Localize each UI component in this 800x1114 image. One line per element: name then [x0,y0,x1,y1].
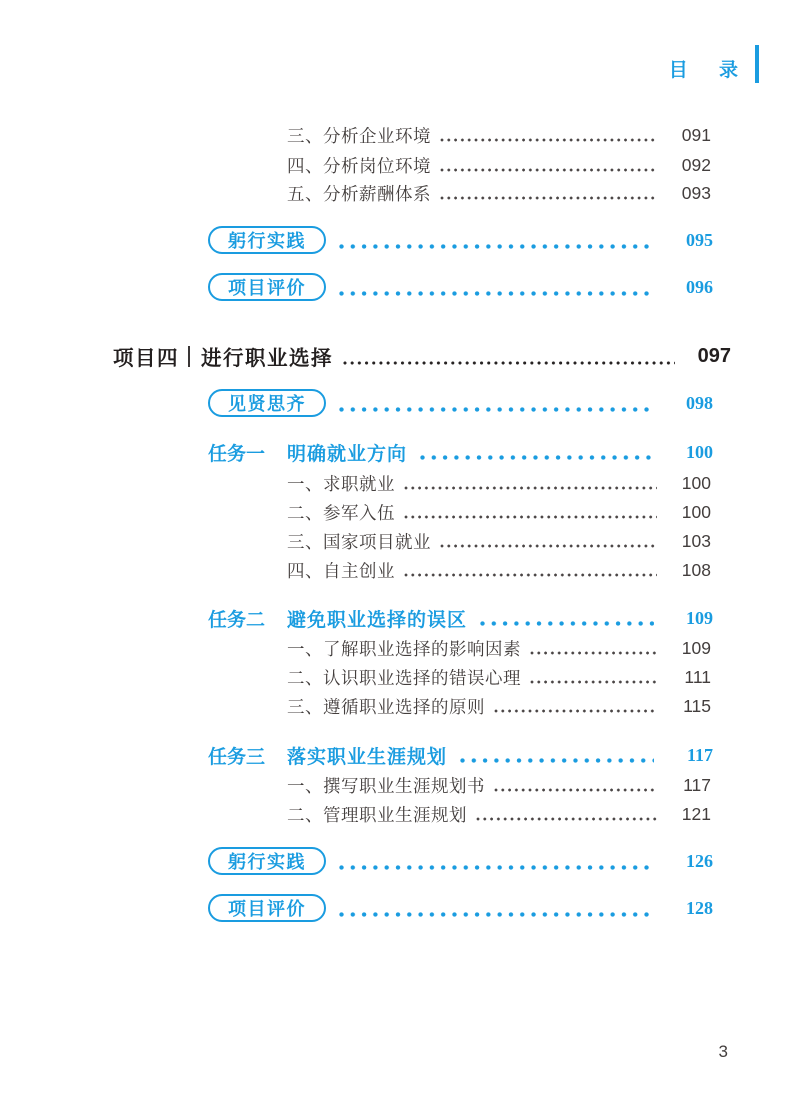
section-pill[interactable]: 项目评价 [208,273,326,301]
dot-leader [440,168,657,172]
page-number: 111 [667,667,711,688]
dot-leader [343,361,675,365]
dot-leader [339,865,654,870]
toc-entry-row[interactable]: 二、管理职业生涯规划 121 [113,801,705,827]
toc-entry-label: 二、管理职业生涯规划 [287,802,467,827]
dot-leader [404,515,657,519]
section-pill[interactable]: 见贤思齐 [208,389,326,417]
toc-entry-row[interactable]: 一、撰写职业生涯规划书 117 [113,772,705,798]
toc-entry-label: 一、撰写职业生涯规划书 [287,773,485,798]
toc-entry-label: 五、分析薪酬体系 [287,181,431,206]
toc-entry-row[interactable]: 四、自主创业 108 [113,557,705,583]
toc-entry-row[interactable]: 见贤思齐 098 [113,388,705,418]
task-title: 避免职业选择的误区 [287,605,467,632]
dot-leader [494,788,657,792]
toc-entry-row[interactable]: 四、分析岗位环境 092 [113,152,705,178]
page-number: 109 [667,638,711,659]
page-number: 117 [667,775,711,796]
toc-task-row[interactable]: 任务三 落实职业生涯规划 117 [113,741,705,769]
header-accent-bar [755,45,759,83]
toc-entry-row[interactable]: 二、参军入伍 100 [113,499,705,525]
dot-leader [339,912,654,917]
dot-leader [404,573,657,577]
section-pill[interactable]: 项目评价 [208,894,326,922]
page-number: 121 [667,804,711,825]
folio-page-number: 3 [719,1042,728,1062]
page-number: 098 [667,393,713,414]
toc-entry-label: 四、分析岗位环境 [287,153,431,178]
toc-entry-label: 三、国家项目就业 [287,529,431,554]
page-number: 117 [667,745,713,766]
toc-entry-row[interactable]: 五、分析薪酬体系 093 [113,180,705,206]
section-pill[interactable]: 躬行实践 [208,226,326,254]
toc-chapter-row[interactable]: 项目四 进行职业选择 097 [113,340,705,372]
dot-leader [530,680,657,684]
chapter-title: 进行职业选择 [201,341,333,371]
dot-leader [404,486,657,490]
task-number: 任务三 [208,742,287,769]
toc-entry-row[interactable]: 项目评价 096 [113,272,705,302]
page-number: 100 [667,442,713,463]
page-number: 092 [667,155,711,176]
page-number: 093 [667,183,711,204]
dot-leader [440,544,657,548]
dot-leader [440,196,657,200]
toc-entry-label: 二、认识职业选择的错误心理 [287,665,521,690]
dot-leader [460,758,654,763]
toc-entry-row[interactable]: 一、了解职业选择的影响因素 109 [113,635,705,661]
toc-page: 目 录 三、分析企业环境 091 四、分析岗位环境 092 五、分析薪酬体系 0… [0,0,800,1114]
dot-leader [530,651,657,655]
toc-list: 三、分析企业环境 091 四、分析岗位环境 092 五、分析薪酬体系 093 躬… [113,0,705,1000]
dot-leader [420,455,654,460]
dot-leader [339,244,654,249]
toc-entry-label: 三、分析企业环境 [287,123,431,148]
toc-task-row[interactable]: 任务二 避免职业选择的误区 109 [113,604,705,632]
dot-leader [480,621,654,626]
toc-entry-row[interactable]: 三、国家项目就业 103 [113,528,705,554]
page-number: 128 [667,898,713,919]
toc-entry-row[interactable]: 躬行实践 095 [113,225,705,255]
section-pill[interactable]: 躬行实践 [208,847,326,875]
task-number: 任务一 [208,439,287,466]
toc-entry-label: 一、求职就业 [287,471,395,496]
page-number: 103 [667,531,711,552]
dot-leader [476,817,657,821]
task-title: 落实职业生涯规划 [287,742,447,769]
toc-entry-row[interactable]: 二、认识职业选择的错误心理 111 [113,664,705,690]
toc-task-row[interactable]: 任务一 明确就业方向 100 [113,438,705,466]
page-number: 126 [667,851,713,872]
toc-entry-label: 四、自主创业 [287,558,395,583]
toc-entry-row[interactable]: 三、分析企业环境 091 [113,122,705,148]
task-number: 任务二 [208,605,287,632]
toc-entry-row[interactable]: 躬行实践 126 [113,846,705,876]
dot-leader [339,291,654,296]
toc-entry-row[interactable]: 项目评价 128 [113,893,705,923]
page-number: 109 [667,608,713,629]
dot-leader [339,407,654,412]
page-number: 097 [685,345,731,368]
page-number: 108 [667,560,711,581]
task-title: 明确就业方向 [287,439,407,466]
toc-entry-row[interactable]: 三、遵循职业选择的原则 115 [113,693,705,719]
toc-entry-row[interactable]: 一、求职就业 100 [113,470,705,496]
toc-entry-label: 一、了解职业选择的影响因素 [287,636,521,661]
page-number: 091 [667,125,711,146]
chapter-number: 项目四 [113,341,179,371]
dot-leader [440,138,657,142]
page-number: 095 [667,230,713,251]
page-number: 096 [667,277,713,298]
chapter-divider [188,346,190,367]
toc-entry-label: 三、遵循职业选择的原则 [287,694,485,719]
toc-entry-label: 二、参军入伍 [287,500,395,525]
dot-leader [494,709,657,713]
page-number: 100 [667,502,711,523]
page-number: 115 [667,696,711,717]
page-number: 100 [667,473,711,494]
